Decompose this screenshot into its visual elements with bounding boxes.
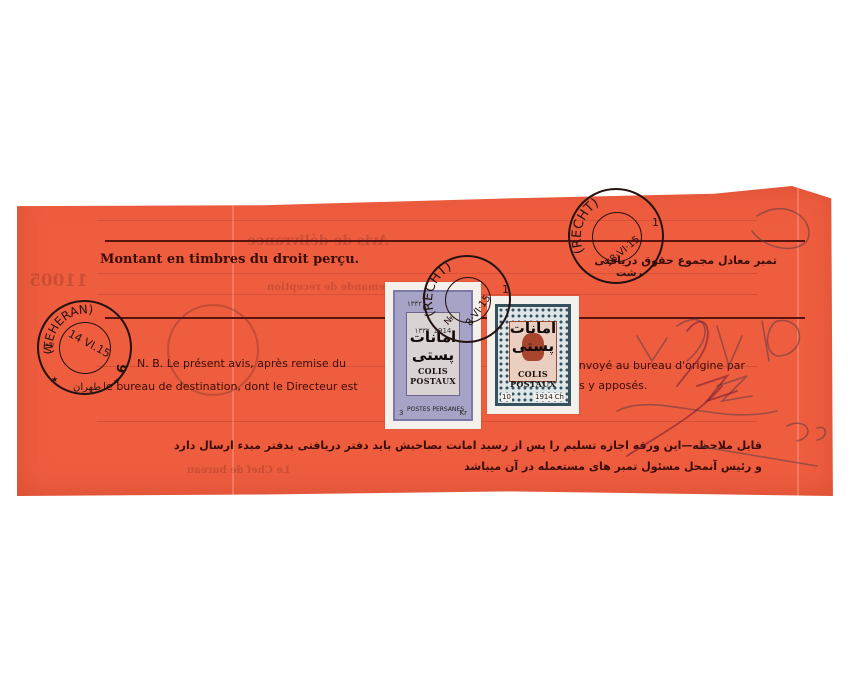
postmark-city-persian: رشت xyxy=(616,268,642,279)
stamp-value-right: Kr xyxy=(460,409,467,417)
postmark-date: 8·VI·15 xyxy=(464,293,493,328)
postmark-teheran: (TEHERAN) № 9 14 VI.15 طهران ★ ★ xyxy=(37,300,132,395)
postmark-city: (RECHT) xyxy=(570,196,602,256)
postmark-recht-center: (RECHT) 1 8·VI·15 № xyxy=(423,255,511,343)
stamp-overprint-french: COLIS POSTAUX xyxy=(498,369,568,389)
svg-text:★: ★ xyxy=(113,377,120,386)
svg-text:(RECHT): (RECHT) xyxy=(421,259,454,318)
postmark-number: 1 xyxy=(502,283,509,296)
stamp-value-left: 3 xyxy=(399,409,403,417)
postmark-date: 18·VI·15 xyxy=(603,234,642,269)
postmark-date: 14 VI.15 xyxy=(66,327,113,360)
postmark-number: 9 xyxy=(112,363,128,375)
svg-text:★: ★ xyxy=(51,375,58,384)
postmark-number: 1 xyxy=(652,216,659,229)
stamp-value-left: 10 xyxy=(501,393,512,401)
stamp-overprint-french: COLIS POSTAUX xyxy=(395,366,471,386)
postmark-city: (RECHT) xyxy=(421,259,454,318)
stamp-legend: POSTES PERSANES xyxy=(407,406,464,413)
svg-text:(RECHT): (RECHT) xyxy=(570,196,602,256)
postmark-prefix: № xyxy=(443,314,457,328)
stamp-value-right: Ch xyxy=(554,393,565,401)
postmark-city-persian: طهران xyxy=(73,382,101,393)
postmark-recht-top-right: (RECHT) 1 18·VI·15 رشت xyxy=(568,188,664,284)
stamp-year-bottom: 1914 xyxy=(534,393,554,401)
stamp-year-persian: ۱۳۳۲ xyxy=(407,300,422,308)
postmark-recht-faint xyxy=(167,304,259,396)
